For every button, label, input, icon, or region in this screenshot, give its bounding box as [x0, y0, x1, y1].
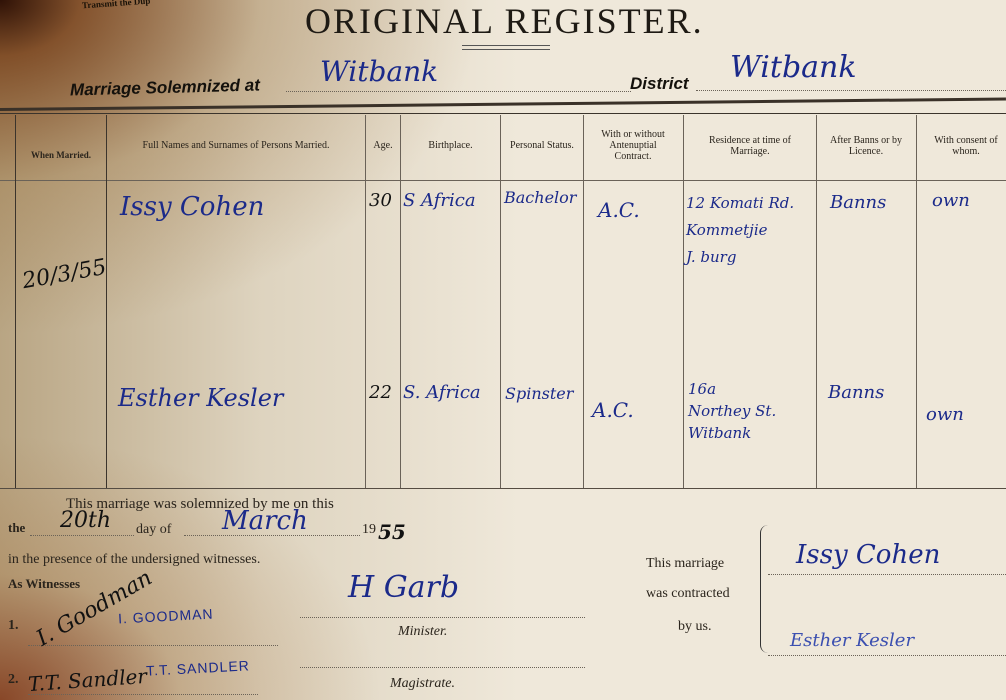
- presence-statement: in the presence of the undersigned witne…: [8, 552, 260, 568]
- col-divider: [106, 115, 107, 488]
- row2-contract: A.C.: [592, 398, 634, 422]
- col-header-contract: With or without Antenuptial Contract.: [590, 129, 676, 162]
- row2-birthplace: S. Africa: [403, 382, 481, 403]
- col-header-status: Personal Status.: [501, 140, 583, 151]
- day-value: 20th: [60, 508, 111, 533]
- contracted-line-3: by us.: [678, 619, 711, 635]
- row1-birthplace: S Africa: [403, 190, 476, 211]
- col-divider: [683, 115, 684, 488]
- spouse-2-dotline: [768, 655, 1006, 656]
- row1-residence-line: Kommetjie: [686, 217, 794, 244]
- row1-name: Issy Cohen: [120, 192, 264, 222]
- witness-2-number: 2.: [8, 672, 19, 688]
- col-divider: [400, 115, 401, 488]
- witness-2-dotline: [28, 694, 258, 695]
- row1-banns: Banns: [830, 192, 886, 213]
- row2-name: Esther Kesler: [118, 384, 283, 412]
- magistrate-dotline: [300, 667, 585, 668]
- contracted-line-1: This marriage: [646, 556, 724, 572]
- year-prefix: 19: [362, 522, 376, 538]
- spouse-2-signature: Esther Kesler: [790, 630, 914, 651]
- witness-1-number: 1.: [8, 618, 19, 634]
- row2-residence-line: Witbank: [688, 422, 776, 444]
- witnesses-label: As Witnesses: [8, 576, 80, 592]
- row2-banns: Banns: [828, 382, 884, 403]
- magistrate-label: Magistrate.: [390, 676, 455, 692]
- row1-age: 30: [369, 190, 392, 211]
- col-divider: [583, 115, 584, 488]
- col-divider: [916, 115, 917, 488]
- title-underline: [462, 45, 550, 50]
- row2-residence-line: Northey St.: [688, 400, 776, 422]
- table-bottom-line: [0, 488, 1006, 489]
- row1-residence-line: 12 Komati Rd.: [686, 190, 794, 217]
- row1-status: Bachelor: [504, 188, 576, 207]
- col-header-names: Full Names and Surnames of Persons Marri…: [107, 140, 365, 151]
- row2-residence: 16a Northey St. Witbank: [688, 378, 776, 444]
- row2-consent: own: [926, 404, 964, 425]
- col-divider: [816, 115, 817, 488]
- solemnized-dotline: [286, 91, 631, 92]
- the-label: the: [8, 520, 25, 536]
- minister-label: Minister.: [398, 624, 447, 640]
- solemnized-value: Witbank: [320, 55, 438, 88]
- spouse-1-dotline: [768, 574, 1006, 575]
- district-value: Witbank: [730, 50, 857, 85]
- col-header-residence: Residence at time of Marriage.: [700, 135, 800, 157]
- row2-age: 22: [369, 382, 392, 403]
- col-header-birthplace: Birthplace.: [401, 140, 500, 151]
- spouse-1-signature: Issy Cohen: [796, 540, 940, 570]
- year-suffix: 55: [378, 520, 406, 544]
- col-divider: [500, 115, 501, 488]
- row2-residence-line: 16a: [688, 378, 776, 400]
- col-header-consent: With consent of whom.: [920, 135, 1006, 157]
- col-divider: [365, 115, 366, 488]
- brace: [760, 525, 769, 653]
- day-of-label: day of: [136, 522, 171, 538]
- row1-contract: A.C.: [598, 198, 640, 222]
- month-value: March: [222, 506, 308, 536]
- table-top-line: [0, 113, 1006, 114]
- day-dotline: [30, 535, 134, 536]
- col-header-age: Age.: [366, 140, 400, 151]
- minister-signature: H Garb: [348, 570, 459, 605]
- row1-residence-line: J. burg: [686, 244, 794, 271]
- col-divider: [15, 115, 16, 488]
- col-header-when-married: When Married.: [16, 150, 106, 161]
- row1-residence: 12 Komati Rd. Kommetjie J. burg: [686, 190, 794, 271]
- witness-1-dotline: [28, 645, 278, 646]
- row1-consent: own: [932, 190, 970, 211]
- contracted-line-2: was contracted: [646, 586, 730, 602]
- col-header-banns: After Banns or by Licence.: [822, 135, 910, 157]
- page-title: ORIGINAL REGISTER.: [305, 0, 704, 42]
- district-dotline: [696, 90, 1006, 91]
- header-bottom-line: [0, 180, 1006, 181]
- minister-dotline: [300, 617, 585, 618]
- district-label: District: [630, 74, 689, 94]
- row2-status: Spinster: [505, 384, 573, 403]
